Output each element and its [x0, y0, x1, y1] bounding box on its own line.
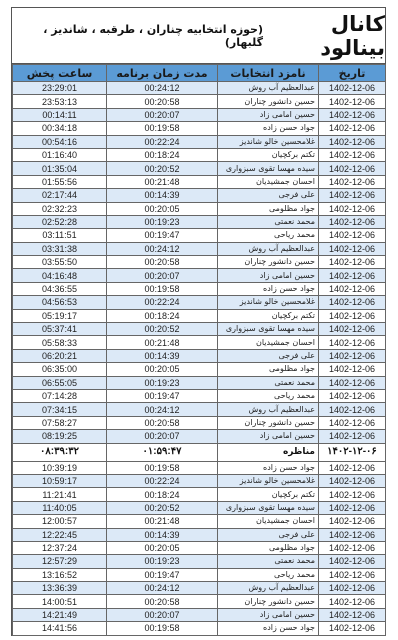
- airtime-cell: 23:29:01: [13, 82, 107, 95]
- duration-cell: 00:19:58: [107, 122, 218, 135]
- airtime-cell: 01:55:56: [13, 175, 107, 188]
- candidate-cell: جواد حسن زاده: [218, 461, 319, 474]
- table-body: 1402-12-06عبدالعظیم آب روش00:24:1223:29:…: [13, 82, 386, 636]
- date-cell: 1402-12-06: [319, 256, 386, 269]
- duration-cell: 00:19:58: [107, 282, 218, 295]
- duration-cell: 00:19:58: [107, 622, 218, 635]
- header-duration: مدت زمان برنامه: [107, 65, 218, 82]
- candidate-cell: حسین دانشور چناران: [218, 416, 319, 429]
- table-row: 1402-12-06عبدالعظیم آب روش00:24:1213:36:…: [13, 582, 386, 595]
- date-cell: 1402-12-06: [319, 515, 386, 528]
- table-row: 1402-12-06احسان جمشیدیان00:21:4805:58:33: [13, 336, 386, 349]
- table-row: 1402-12-06غلامحسین خالو شاندیز00:22:2404…: [13, 296, 386, 309]
- duration-cell: 00:21:48: [107, 515, 218, 528]
- airtime-cell: 01:35:04: [13, 162, 107, 175]
- date-cell: 1402-12-06: [319, 528, 386, 541]
- date-cell: 1402-12-06: [319, 541, 386, 554]
- table-row: 1402-12-06حسین دانشور چناران00:20:5823:5…: [13, 95, 386, 108]
- duration-cell: 00:18:24: [107, 148, 218, 161]
- duration-cell: 00:22:24: [107, 474, 218, 487]
- duration-cell: 00:21:48: [107, 175, 218, 188]
- airtime-cell: 07:34:15: [13, 403, 107, 416]
- candidate-cell: غلامحسین خالو شاندیز: [218, 296, 319, 309]
- table-row: 1402-12-06احسان جمشیدیان00:21:4801:55:56: [13, 175, 386, 188]
- candidate-cell: احسان جمشیدیان: [218, 515, 319, 528]
- duration-cell: 00:14:39: [107, 189, 218, 202]
- candidate-cell: حسین امامی زاد: [218, 108, 319, 121]
- airtime-cell: 02:32:23: [13, 202, 107, 215]
- airtime-cell: 08:19:25: [13, 430, 107, 443]
- table-row: 1402-12-06سیده مهسا تقوی سبزواری00:20:52…: [13, 162, 386, 175]
- duration-cell: 00:20:52: [107, 323, 218, 336]
- airtime-cell: 02:17:44: [13, 189, 107, 202]
- candidate-cell: عبدالعظیم آب روش: [218, 403, 319, 416]
- table-row: 1402-12-06جواد حسن زاده00:19:5800:34:18: [13, 122, 386, 135]
- date-cell: 1402-12-06: [319, 376, 386, 389]
- duration-cell: 00:19:47: [107, 389, 218, 402]
- airtime-cell: 07:14:28: [13, 389, 107, 402]
- candidate-cell: محمد نعمتی: [218, 555, 319, 568]
- candidate-cell: علی فرجی: [218, 349, 319, 362]
- candidate-cell: حسین امامی زاد: [218, 608, 319, 621]
- broadcast-schedule-table: تاریخ نامزد انتخابات مدت زمان برنامه ساع…: [12, 64, 386, 636]
- duration-cell: 00:24:12: [107, 82, 218, 95]
- date-cell: 1402-12-06: [319, 474, 386, 487]
- airtime-cell: 10:39:19: [13, 461, 107, 474]
- sheet-title: کانال بینالود (حوزه انتخابیه چناران ، طر…: [12, 8, 385, 64]
- duration-cell: 00:22:24: [107, 135, 218, 148]
- candidate-cell: تکتم برکچیان: [218, 148, 319, 161]
- date-cell: 1402-12-06: [319, 242, 386, 255]
- date-cell: 1402-12-06: [319, 323, 386, 336]
- date-cell: 1402-12-06: [319, 82, 386, 95]
- duration-cell: 00:20:05: [107, 202, 218, 215]
- date-cell: 1402-12-06: [319, 608, 386, 621]
- airtime-cell: 14:21:49: [13, 608, 107, 621]
- candidate-cell: عبدالعظیم آب روش: [218, 242, 319, 255]
- duration-cell: 00:22:24: [107, 296, 218, 309]
- date-cell: 1402-12-06: [319, 582, 386, 595]
- candidate-cell: جواد مظلومی: [218, 541, 319, 554]
- table-row: 1402-12-06احسان جمشیدیان00:21:4812:00:57: [13, 515, 386, 528]
- duration-cell: 00:19:23: [107, 376, 218, 389]
- duration-cell: 00:20:58: [107, 95, 218, 108]
- candidate-cell: تکتم برکچیان: [218, 488, 319, 501]
- duration-cell: 00:19:23: [107, 215, 218, 228]
- airtime-cell: 00:14:11: [13, 108, 107, 121]
- date-cell: 1402-12-06: [319, 389, 386, 402]
- duration-cell: 00:24:12: [107, 242, 218, 255]
- airtime-cell: 12:00:57: [13, 515, 107, 528]
- duration-cell: 00:19:47: [107, 229, 218, 242]
- date-cell: 1402-12-06: [319, 501, 386, 514]
- airtime-cell: 06:35:00: [13, 363, 107, 376]
- table-row: 1402-12-06حسین امامی زاد00:20:0714:21:49: [13, 608, 386, 621]
- airtime-cell: 13:36:39: [13, 582, 107, 595]
- date-cell: 1402-12-06: [319, 461, 386, 474]
- duration-cell: 00:24:12: [107, 403, 218, 416]
- airtime-cell: 00:34:18: [13, 122, 107, 135]
- table-row: 1402-12-06حسین دانشور چناران00:20:5803:5…: [13, 256, 386, 269]
- table-row: 1402-12-06عبدالعظیم آب روش00:24:1223:29:…: [13, 82, 386, 95]
- date-cell: 1402-12-06: [319, 568, 386, 581]
- candidate-cell: محمد ریاحی: [218, 229, 319, 242]
- duration-cell: 00:20:07: [107, 108, 218, 121]
- candidate-cell: عبدالعظیم آب روش: [218, 582, 319, 595]
- table-row: 1402-12-06حسین امامی زاد00:20:0708:19:25: [13, 430, 386, 443]
- date-cell: 1402-12-06: [319, 95, 386, 108]
- date-cell: 1402-12-06: [319, 162, 386, 175]
- table-row: 1402-12-06حسین امامی زاد00:20:0704:16:48: [13, 269, 386, 282]
- duration-cell: 00:20:52: [107, 501, 218, 514]
- candidate-cell: علی فرجی: [218, 189, 319, 202]
- table-row: 1402-12-06علی فرجی00:14:3912:22:45: [13, 528, 386, 541]
- table-row: 1402-12-06عبدالعظیم آب روش00:24:1203:31:…: [13, 242, 386, 255]
- date-cell: 1402-12-06: [319, 269, 386, 282]
- date-cell: 1402-12-06: [319, 622, 386, 635]
- airtime-cell: 11:21:41: [13, 488, 107, 501]
- duration-cell: 00:19:23: [107, 555, 218, 568]
- airtime-cell: 11:40:05: [13, 501, 107, 514]
- candidate-cell: جواد حسن زاده: [218, 282, 319, 295]
- header-date: تاریخ: [319, 65, 386, 82]
- table-row: 1402-12-06غلامحسین خالو شاندیز00:22:2400…: [13, 135, 386, 148]
- candidate-cell: محمد نعمتی: [218, 215, 319, 228]
- candidate-cell: سیده مهسا تقوی سبزواری: [218, 501, 319, 514]
- table-row: 1402-12-06تکتم برکچیان00:18:2411:21:41: [13, 488, 386, 501]
- candidate-cell: تکتم برکچیان: [218, 309, 319, 322]
- table-row: 1402-12-06جواد حسن زاده00:19:5810:39:19: [13, 461, 386, 474]
- duration-cell: 00:20:05: [107, 363, 218, 376]
- table-row: 1402-12-06محمد نعمتی00:19:2312:57:29: [13, 555, 386, 568]
- airtime-cell: 04:56:53: [13, 296, 107, 309]
- date-cell: 1402-12-06: [319, 363, 386, 376]
- date-cell: 1402-12-06: [319, 282, 386, 295]
- table-row: 1402-12-06سیده مهسا تقوی سبزواری00:20:52…: [13, 501, 386, 514]
- candidate-cell: حسین امامی زاد: [218, 269, 319, 282]
- header-candidate: نامزد انتخابات: [218, 65, 319, 82]
- airtime-cell: 10:59:17: [13, 474, 107, 487]
- airtime-cell: 01:16:40: [13, 148, 107, 161]
- date-cell: 1402-12-06: [319, 416, 386, 429]
- candidate-cell: حسین دانشور چناران: [218, 256, 319, 269]
- table-row: 1402-12-06علی فرجی00:14:3906:20:21: [13, 349, 386, 362]
- airtime-cell: 00:54:16: [13, 135, 107, 148]
- date-cell: 1402-12-06: [319, 215, 386, 228]
- candidate-cell: محمد نعمتی: [218, 376, 319, 389]
- airtime-cell: 03:55:50: [13, 256, 107, 269]
- airtime-cell: 07:58:27: [13, 416, 107, 429]
- duration-cell: 00:18:24: [107, 309, 218, 322]
- airtime-cell: 06:55:05: [13, 376, 107, 389]
- airtime-cell: 03:11:51: [13, 229, 107, 242]
- duration-cell: 00:20:07: [107, 430, 218, 443]
- duration-cell: 00:24:12: [107, 582, 218, 595]
- duration-cell: 00:19:58: [107, 461, 218, 474]
- duration-cell: 00:20:07: [107, 269, 218, 282]
- duration-cell: 00:20:58: [107, 595, 218, 608]
- airtime-cell: 13:16:52: [13, 568, 107, 581]
- candidate-cell: مناظره: [218, 443, 319, 461]
- candidate-cell: جواد حسن زاده: [218, 622, 319, 635]
- candidate-cell: غلامحسین خالو شاندیز: [218, 135, 319, 148]
- airtime-cell: 06:20:21: [13, 349, 107, 362]
- date-cell: 1402-12-06: [319, 122, 386, 135]
- date-cell: 1402-12-06: [319, 296, 386, 309]
- date-cell: 1402-12-06: [319, 595, 386, 608]
- airtime-cell: 12:57:29: [13, 555, 107, 568]
- table-row: 1402-12-06تکتم برکچیان00:18:2401:16:40: [13, 148, 386, 161]
- duration-cell: 00:20:58: [107, 256, 218, 269]
- airtime-cell: 02:52:28: [13, 215, 107, 228]
- date-cell: 1402-12-06: [319, 229, 386, 242]
- candidate-cell: غلامحسین خالو شاندیز: [218, 474, 319, 487]
- table-row: 1402-12-06جواد حسن زاده00:19:5814:41:56: [13, 622, 386, 635]
- candidate-cell: سیده مهسا تقوی سبزواری: [218, 162, 319, 175]
- airtime-cell: 05:58:33: [13, 336, 107, 349]
- table-row: 1402-12-06حسین امامی زاد00:20:0700:14:11: [13, 108, 386, 121]
- candidate-cell: جواد مظلومی: [218, 202, 319, 215]
- date-cell: 1402-12-06: [319, 349, 386, 362]
- date-cell: 1402-12-06: [319, 135, 386, 148]
- header-row: تاریخ نامزد انتخابات مدت زمان برنامه ساع…: [13, 65, 386, 82]
- candidate-cell: محمد ریاحی: [218, 389, 319, 402]
- date-cell: 1402-12-06: [319, 202, 386, 215]
- airtime-cell: ۰۸:۳۹:۳۲: [13, 443, 107, 461]
- date-cell: 1402-12-06: [319, 488, 386, 501]
- date-cell: 1402-12-06: [319, 336, 386, 349]
- table-row: 1402-12-06حسین دانشور چناران00:20:5814:0…: [13, 595, 386, 608]
- airtime-cell: 23:53:13: [13, 95, 107, 108]
- date-cell: 1402-12-06: [319, 148, 386, 161]
- channel-name: کانال بینالود: [264, 12, 385, 60]
- duration-cell: 00:20:05: [107, 541, 218, 554]
- duration-cell: ۰۱:۵۹:۴۷: [107, 443, 218, 461]
- date-cell: 1402-12-06: [319, 403, 386, 416]
- date-cell: 1402-12-06: [319, 189, 386, 202]
- table-row: 1402-12-06علی فرجی00:14:3902:17:44: [13, 189, 386, 202]
- duration-cell: 00:20:52: [107, 162, 218, 175]
- airtime-cell: 03:31:38: [13, 242, 107, 255]
- table-row: 1402-12-06حسین دانشور چناران00:20:5807:5…: [13, 416, 386, 429]
- table-row: 1402-12-06سیده مهسا تقوی سبزواری00:20:52…: [13, 323, 386, 336]
- candidate-cell: حسین امامی زاد: [218, 430, 319, 443]
- constituency-subtitle: (حوزه انتخابیه چناران ، طرقبه ، شاندیز ،…: [12, 23, 263, 49]
- candidate-cell: حسین دانشور چناران: [218, 595, 319, 608]
- date-cell: 1402-12-06: [319, 555, 386, 568]
- table-row: 1402-12-06جواد مظلومی00:20:0502:32:23: [13, 202, 386, 215]
- candidate-cell: علی فرجی: [218, 528, 319, 541]
- table-row: 1402-12-06جواد مظلومی00:20:0506:35:00: [13, 363, 386, 376]
- table-row: 1402-12-06محمد نعمتی00:19:2306:55:05: [13, 376, 386, 389]
- airtime-cell: 14:41:56: [13, 622, 107, 635]
- airtime-cell: 05:37:41: [13, 323, 107, 336]
- candidate-cell: محمد ریاحی: [218, 568, 319, 581]
- duration-cell: 00:18:24: [107, 488, 218, 501]
- candidate-cell: احسان جمشیدیان: [218, 336, 319, 349]
- date-cell: 1402-12-06: [319, 108, 386, 121]
- airtime-cell: 12:37:24: [13, 541, 107, 554]
- schedule-sheet: کانال بینالود (حوزه انتخابیه چناران ، طر…: [11, 7, 386, 636]
- airtime-cell: 04:36:55: [13, 282, 107, 295]
- table-row: 1402-12-06جواد مظلومی00:20:0512:37:24: [13, 541, 386, 554]
- airtime-cell: 14:00:51: [13, 595, 107, 608]
- debate-row: ۱۴۰۲-۱۲-۰۶مناظره۰۱:۵۹:۴۷۰۸:۳۹:۳۲: [13, 443, 386, 461]
- duration-cell: 00:14:39: [107, 528, 218, 541]
- table-row: 1402-12-06غلامحسین خالو شاندیز00:22:2410…: [13, 474, 386, 487]
- duration-cell: 00:20:07: [107, 608, 218, 621]
- table-row: 1402-12-06محمد ریاحی00:19:4703:11:51: [13, 229, 386, 242]
- date-cell: 1402-12-06: [319, 430, 386, 443]
- duration-cell: 00:14:39: [107, 349, 218, 362]
- airtime-cell: 05:19:17: [13, 309, 107, 322]
- airtime-cell: 04:16:48: [13, 269, 107, 282]
- date-cell: ۱۴۰۲-۱۲-۰۶: [319, 443, 386, 461]
- airtime-cell: 12:22:45: [13, 528, 107, 541]
- candidate-cell: جواد مظلومی: [218, 363, 319, 376]
- table-row: 1402-12-06جواد حسن زاده00:19:5804:36:55: [13, 282, 386, 295]
- table-row: 1402-12-06محمد ریاحی00:19:4707:14:28: [13, 389, 386, 402]
- table-row: 1402-12-06تکتم برکچیان00:18:2405:19:17: [13, 309, 386, 322]
- date-cell: 1402-12-06: [319, 309, 386, 322]
- date-cell: 1402-12-06: [319, 175, 386, 188]
- candidate-cell: سیده مهسا تقوی سبزواری: [218, 323, 319, 336]
- table-row: 1402-12-06محمد نعمتی00:19:2302:52:28: [13, 215, 386, 228]
- candidate-cell: حسین دانشور چناران: [218, 95, 319, 108]
- table-row: 1402-12-06محمد ریاحی00:19:4713:16:52: [13, 568, 386, 581]
- candidate-cell: جواد حسن زاده: [218, 122, 319, 135]
- duration-cell: 00:21:48: [107, 336, 218, 349]
- header-airtime: ساعت پخش: [13, 65, 107, 82]
- duration-cell: 00:20:58: [107, 416, 218, 429]
- candidate-cell: عبدالعظیم آب روش: [218, 82, 319, 95]
- duration-cell: 00:19:47: [107, 568, 218, 581]
- table-row: 1402-12-06عبدالعظیم آب روش00:24:1207:34:…: [13, 403, 386, 416]
- candidate-cell: احسان جمشیدیان: [218, 175, 319, 188]
